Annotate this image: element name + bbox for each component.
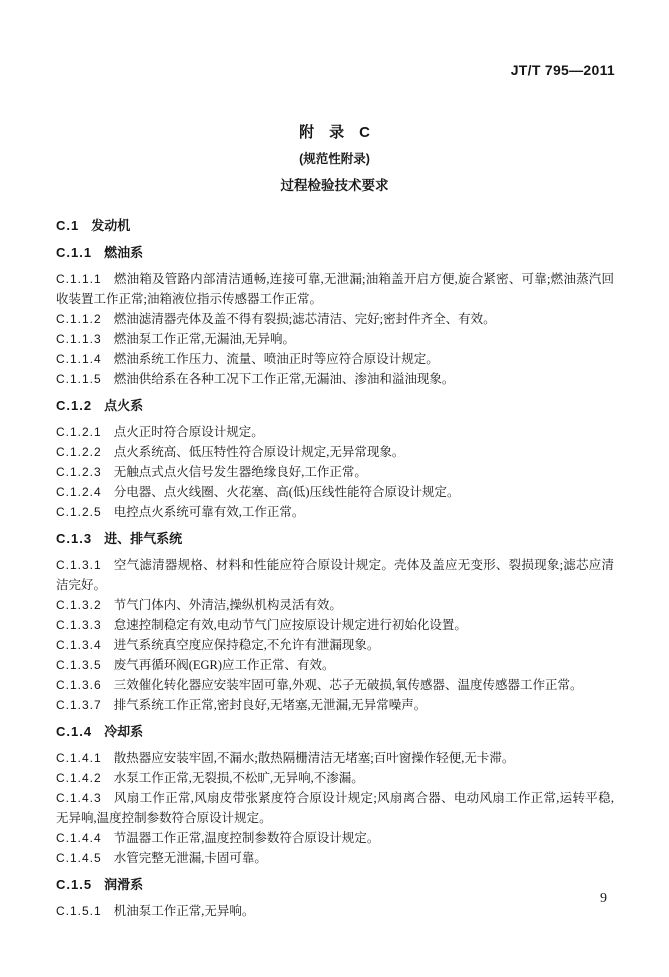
clause: C.1.3.1空气滤清器规格、材料和性能应符合原设计规定。壳体及盖应无变形、裂损…	[56, 555, 614, 595]
clause: C.1.1.3燃油泵工作正常,无漏油,无异响。	[56, 329, 614, 349]
subsection-number: C.1.2	[56, 398, 92, 413]
clause-number: C.1.1.2	[56, 312, 102, 326]
clause: C.1.4.3风扇工作正常,风扇皮带张紧度符合原设计规定;风扇离合器、电动风扇工…	[56, 788, 614, 828]
clause-text: 燃油供给系在各种工况下工作正常,无漏油、渗油和溢油现象。	[114, 372, 455, 386]
subsection-lubrication-system: C.1.5润滑系 C.1.5.1机油泵工作正常,无异响。	[56, 875, 614, 921]
clause: C.1.4.5水管完整无泄漏,卡固可靠。	[56, 848, 614, 868]
appendix-title-block: 附 录 C (规范性附录) 过程检验技术要求	[0, 121, 669, 194]
clause-text: 废气再循环阀(EGR)应工作正常、有效。	[114, 658, 335, 672]
page-number: 9	[600, 891, 607, 907]
subsection-heading: C.1.3进、排气系统	[56, 529, 614, 549]
clause-text: 风扇工作正常,风扇皮带张紧度符合原设计规定;风扇离合器、电动风扇工作正常,运转平…	[56, 791, 614, 825]
clause-number: C.1.4.4	[56, 831, 102, 845]
clause: C.1.2.3无触点式点火信号发生器绝缘良好,工作正常。	[56, 462, 614, 482]
clause-text: 分电器、点火线圈、火花塞、高(低)压线性能符合原设计规定。	[114, 485, 460, 499]
clause-text: 三效催化转化器应安装牢固可靠,外观、芯子无破损,氧传感器、温度传感器工作正常。	[114, 678, 583, 692]
clause-number: C.1.3.6	[56, 678, 102, 692]
clause-text: 机油泵工作正常,无异响。	[114, 904, 255, 918]
document-body: C.1发动机 C.1.1燃油系 C.1.1.1燃油箱及管路内部清洁通畅,连接可靠…	[56, 216, 614, 921]
clause: C.1.3.3怠速控制稳定有效,电动节气门应按原设计规定进行初始化设置。	[56, 615, 614, 635]
clause: C.1.2.2点火系统高、低压特性符合原设计规定,无异常现象。	[56, 442, 614, 462]
subsection-title: 冷却系	[104, 724, 143, 739]
standard-code: JT/T 795—2011	[511, 62, 615, 78]
clause: C.1.5.1机油泵工作正常,无异响。	[56, 901, 614, 921]
clause-number: C.1.3.1	[56, 558, 102, 572]
clause-text: 进气系统真空度应保持稳定,不允许有泄漏现象。	[114, 638, 380, 652]
clause-number: C.1.3.7	[56, 698, 102, 712]
clause-text: 节温器工作正常,温度控制参数符合原设计规定。	[114, 831, 380, 845]
clause: C.1.4.2水泵工作正常,无裂损,不松旷,无异响,不渗漏。	[56, 768, 614, 788]
subsection-heading: C.1.5润滑系	[56, 875, 614, 895]
subsection-heading: C.1.1燃油系	[56, 243, 614, 263]
clause-number: C.1.1.5	[56, 372, 102, 386]
section-title: 发动机	[91, 218, 130, 233]
subsection-heading: C.1.4冷却系	[56, 722, 614, 742]
clause-text: 燃油泵工作正常,无漏油,无异响。	[114, 332, 295, 346]
section-heading: C.1发动机	[56, 216, 614, 236]
clause-text: 水泵工作正常,无裂损,不松旷,无异响,不渗漏。	[114, 771, 364, 785]
subsection-title: 进、排气系统	[104, 531, 182, 546]
clause: C.1.3.4进气系统真空度应保持稳定,不允许有泄漏现象。	[56, 635, 614, 655]
subsection-number: C.1.4	[56, 724, 92, 739]
clause: C.1.3.5废气再循环阀(EGR)应工作正常、有效。	[56, 655, 614, 675]
subsection-title: 润滑系	[104, 877, 143, 892]
clause: C.1.2.5电控点火系统可靠有效,工作正常。	[56, 502, 614, 522]
clause-text: 空气滤清器规格、材料和性能应符合原设计规定。壳体及盖应无变形、裂损现象;滤芯应清…	[56, 558, 614, 592]
clause-number: C.1.3.4	[56, 638, 102, 652]
clause: C.1.1.4燃油系统工作压力、流量、喷油正时等应符合原设计规定。	[56, 349, 614, 369]
clause-number: C.1.1.3	[56, 332, 102, 346]
appendix-type: (规范性附录)	[0, 149, 669, 167]
clause-number: C.1.3.5	[56, 658, 102, 672]
clause: C.1.1.2燃油滤清器壳体及盖不得有裂损;滤芯清洁、完好;密封件齐全、有效。	[56, 309, 614, 329]
clause: C.1.1.5燃油供给系在各种工况下工作正常,无漏油、渗油和溢油现象。	[56, 369, 614, 389]
clause-number: C.1.5.1	[56, 904, 102, 918]
clause-number: C.1.4.1	[56, 751, 102, 765]
clause-number: C.1.4.3	[56, 791, 102, 805]
clause-number: C.1.2.4	[56, 485, 102, 499]
clause-text: 怠速控制稳定有效,电动节气门应按原设计规定进行初始化设置。	[114, 618, 467, 632]
subsection-intake-exhaust-system: C.1.3进、排气系统 C.1.3.1空气滤清器规格、材料和性能应符合原设计规定…	[56, 529, 614, 715]
subsection-fuel-system: C.1.1燃油系 C.1.1.1燃油箱及管路内部清洁通畅,连接可靠,无泄漏;油箱…	[56, 243, 614, 389]
clause-text: 电控点火系统可靠有效,工作正常。	[114, 505, 305, 519]
subsection-title: 燃油系	[104, 245, 143, 260]
clause-number: C.1.3.3	[56, 618, 102, 632]
subsection-number: C.1.3	[56, 531, 92, 546]
subsection-number: C.1.1	[56, 245, 92, 260]
clause-number: C.1.3.2	[56, 598, 102, 612]
clause-number: C.1.2.1	[56, 425, 102, 439]
clause-text: 燃油系统工作压力、流量、喷油正时等应符合原设计规定。	[114, 352, 439, 366]
clause-text: 节气门体内、外清洁,操纵机构灵活有效。	[114, 598, 342, 612]
clause: C.1.3.7排气系统工作正常,密封良好,无堵塞,无泄漏,无异常噪声。	[56, 695, 614, 715]
clause-text: 散热器应安装牢固,不漏水;散热隔栅清洁无堵塞;百叶窗操作轻便,无卡滞。	[114, 751, 515, 765]
appendix-title: 过程检验技术要求	[0, 174, 669, 194]
clause: C.1.3.6三效催化转化器应安装牢固可靠,外观、芯子无破损,氧传感器、温度传感…	[56, 675, 614, 695]
subsection-title: 点火系	[104, 398, 143, 413]
clause-text: 点火正时符合原设计规定。	[114, 425, 264, 439]
clause-text: 点火系统高、低压特性符合原设计规定,无异常现象。	[114, 445, 405, 459]
clause-number: C.1.2.3	[56, 465, 102, 479]
clause: C.1.1.1燃油箱及管路内部清洁通畅,连接可靠,无泄漏;油箱盖开启方便,旋合紧…	[56, 269, 614, 309]
clause-text: 燃油滤清器壳体及盖不得有裂损;滤芯清洁、完好;密封件齐全、有效。	[114, 312, 496, 326]
appendix-label: 附 录 C	[0, 121, 669, 142]
clause-number: C.1.1.1	[56, 272, 102, 286]
clause-text: 燃油箱及管路内部清洁通畅,连接可靠,无泄漏;油箱盖开启方便,旋合紧密、可靠;燃油…	[56, 272, 614, 306]
clause: C.1.4.4节温器工作正常,温度控制参数符合原设计规定。	[56, 828, 614, 848]
clause-text: 无触点式点火信号发生器绝缘良好,工作正常。	[114, 465, 367, 479]
clause-number: C.1.2.5	[56, 505, 102, 519]
clause-number: C.1.4.2	[56, 771, 102, 785]
subsection-heading: C.1.2点火系	[56, 396, 614, 416]
clause-text: 水管完整无泄漏,卡固可靠。	[114, 851, 267, 865]
subsection-number: C.1.5	[56, 877, 92, 892]
section-number: C.1	[56, 218, 79, 233]
subsection-cooling-system: C.1.4冷却系 C.1.4.1散热器应安装牢固,不漏水;散热隔栅清洁无堵塞;百…	[56, 722, 614, 868]
clause-number: C.1.1.4	[56, 352, 102, 366]
clause: C.1.4.1散热器应安装牢固,不漏水;散热隔栅清洁无堵塞;百叶窗操作轻便,无卡…	[56, 748, 614, 768]
clause: C.1.2.4分电器、点火线圈、火花塞、高(低)压线性能符合原设计规定。	[56, 482, 614, 502]
clause-text: 排气系统工作正常,密封良好,无堵塞,无泄漏,无异常噪声。	[114, 698, 427, 712]
clause: C.1.2.1点火正时符合原设计规定。	[56, 422, 614, 442]
subsection-ignition-system: C.1.2点火系 C.1.2.1点火正时符合原设计规定。 C.1.2.2点火系统…	[56, 396, 614, 522]
clause-number: C.1.4.5	[56, 851, 102, 865]
clause: C.1.3.2节气门体内、外清洁,操纵机构灵活有效。	[56, 595, 614, 615]
clause-number: C.1.2.2	[56, 445, 102, 459]
